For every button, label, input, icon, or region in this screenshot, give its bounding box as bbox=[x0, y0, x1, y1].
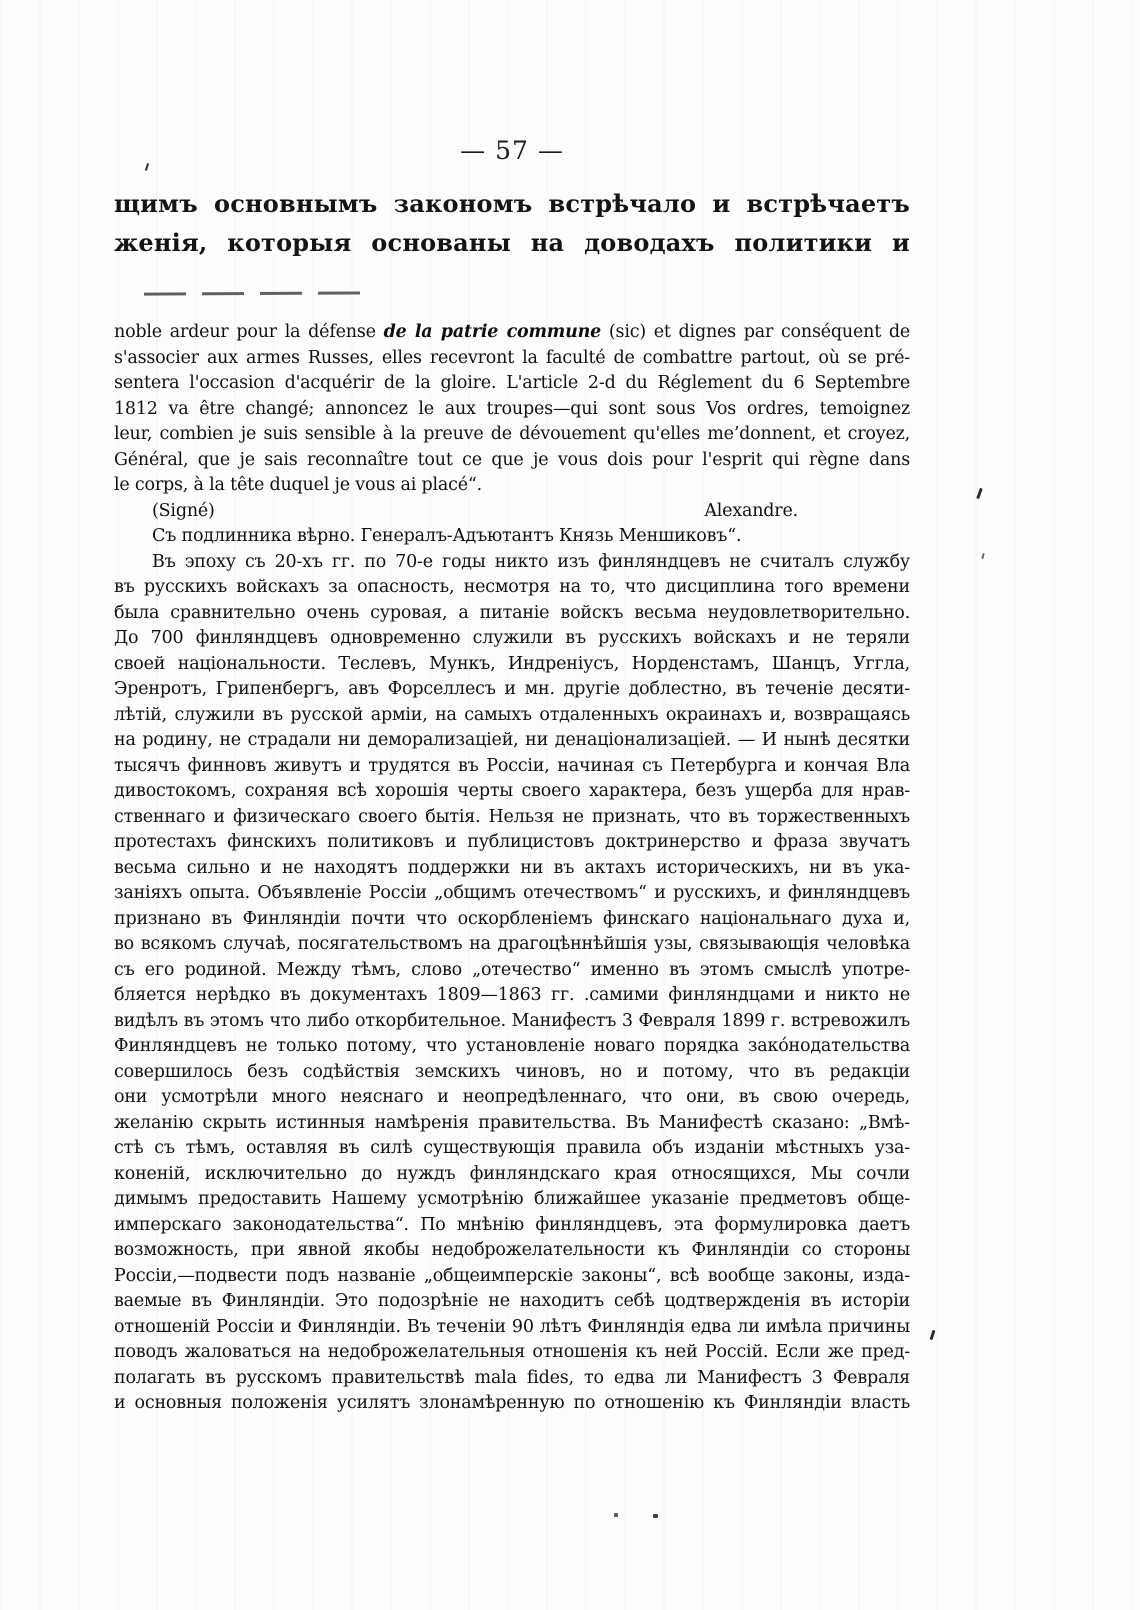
text-line: имперскаго законодательства“. По мнѣнію … bbox=[114, 1213, 910, 1239]
text-line: признано въ Финляндіи почти что оскорбле… bbox=[114, 907, 910, 933]
text-line: щимъ основнымъ закономъ встрѣчало и встр… bbox=[114, 184, 910, 223]
page-number-header: — 57 — bbox=[114, 136, 910, 165]
text-line: 1812 va être changé; annoncez le aux tro… bbox=[114, 397, 910, 423]
text-line: (Signé)Alexandre. bbox=[114, 499, 910, 525]
text-line: leur, combien je suis sensible à la preu… bbox=[114, 422, 910, 448]
text-line: Съ подлинника вѣрно. Генералъ-Адъютантъ … bbox=[114, 524, 910, 550]
text-line: s'associer aux armes Russes, elles recev… bbox=[114, 346, 910, 372]
scan-speck bbox=[976, 488, 983, 499]
text-line: они усмотрѣли много неяснаго и неопредѣл… bbox=[114, 1085, 910, 1111]
signature-name: Alexandre. bbox=[704, 499, 798, 525]
text-line: отношеній Россіи и Финляндіи. Въ теченіи… bbox=[114, 1315, 910, 1341]
text-line: на родину, не страдали ни деморализаціей… bbox=[114, 728, 910, 754]
scan-speck bbox=[981, 553, 984, 559]
text-line: тысячъ финновъ живутъ и трудятся въ Росс… bbox=[114, 754, 910, 780]
text-line: во всякомъ случаѣ, посягательствомъ на д… bbox=[114, 932, 910, 958]
text-line: своей національности. Теслевъ, Мункъ, Ин… bbox=[114, 652, 910, 678]
footnote-separator-rule bbox=[144, 291, 376, 295]
text-line: весьма сильно и не находятъ поддержки ни… bbox=[114, 856, 910, 882]
text-line: димымъ предоставить Нашему усмотрѣнію бл… bbox=[114, 1187, 910, 1213]
main-paragraph: щимъ основнымъ закономъ встрѣчало и встр… bbox=[114, 184, 910, 262]
text-line: ственнаго и физическаго своего бытія. Не… bbox=[114, 805, 910, 831]
text-column: — 57 — щимъ основнымъ закономъ встрѣчало… bbox=[114, 0, 910, 1610]
italic-phrase: de la patrie commune bbox=[384, 322, 602, 342]
text-line: коненій, исключительно до нуждъ финляндс… bbox=[114, 1162, 910, 1188]
text-run: noble ardeur pour la défense bbox=[114, 322, 384, 342]
text-line: Général, que je sais reconnaître tout ce… bbox=[114, 448, 910, 474]
text-line: съ его родиной. Между тѣмъ, слово „отече… bbox=[114, 958, 910, 984]
text-line: sentera l'occasion d'acquérir de la gloi… bbox=[114, 371, 910, 397]
scan-speck bbox=[930, 1330, 936, 1340]
text-line: До 700 финляндцевъ одновременно служили … bbox=[114, 626, 910, 652]
text-line: ваемые въ Финляндіи. Это подозрѣніе не н… bbox=[114, 1289, 910, 1315]
text-line: совершилось безъ содѣйствія земскихъ чин… bbox=[114, 1060, 910, 1086]
text-line: полагать въ русскомъ правительствѣ mala … bbox=[114, 1366, 910, 1392]
text-line: Эренротъ, Грипенбергъ, авъ Форселлесъ и … bbox=[114, 677, 910, 703]
text-line: Финляндцевъ не только потому, что устaно… bbox=[114, 1034, 910, 1060]
text-line: заніяхъ опыта. Объявленіе Россіи „общимъ… bbox=[114, 881, 910, 907]
text-line: была сравнительно очень суровая, а питан… bbox=[114, 601, 910, 627]
scan-speck bbox=[614, 1513, 618, 1517]
text-line: женія, которыя основаны на доводахъ поли… bbox=[114, 223, 910, 262]
text-line: бляется нерѣдко въ документахъ 1809—1863… bbox=[114, 983, 910, 1009]
text-line: le corps, à la tête duquel je vous ai pl… bbox=[114, 473, 910, 499]
signature-label: (Signé) bbox=[152, 499, 215, 525]
text-line: стѣ съ тѣмъ, оставляя въ силѣ существующ… bbox=[114, 1136, 910, 1162]
scanned-book-page: { "page": { "number_header": "— 57 —" },… bbox=[0, 0, 1140, 1610]
text-line: Въ эпоху съ 20-хъ гг. по 70-е годы никто… bbox=[114, 550, 910, 576]
text-line: возможность, при явной якобы недоброжела… bbox=[114, 1238, 910, 1264]
text-run: (sic) et dignes par conséquent de bbox=[601, 322, 910, 342]
text-line: дивостокомъ, сохраняя всѣ хорошія черты … bbox=[114, 779, 910, 805]
text-line: поводъ жаловаться на недоброжелательныя … bbox=[114, 1340, 910, 1366]
text-line: лѣтій, служили въ русской арміи, на самы… bbox=[114, 703, 910, 729]
text-line: въ русскихъ войскахъ за опасность, несмо… bbox=[114, 575, 910, 601]
text-line: Россіи,—подвести подъ названіе „общеимпе… bbox=[114, 1264, 910, 1290]
scan-speck bbox=[653, 1514, 658, 1518]
footnote-and-body-text: noble ardeur pour la défense de la patri… bbox=[114, 320, 910, 1417]
text-line: желанію скрыть истинныя намѣренія правит… bbox=[114, 1111, 910, 1137]
text-line: noble ardeur pour la défense de la patri… bbox=[114, 320, 910, 346]
text-line: протестахъ финскихъ политиковъ и публици… bbox=[114, 830, 910, 856]
text-line: и основныя положенія усилятъ злонамѣренн… bbox=[114, 1391, 910, 1417]
text-line: видѣлъ въ этомъ что либо откорбительное.… bbox=[114, 1009, 910, 1035]
